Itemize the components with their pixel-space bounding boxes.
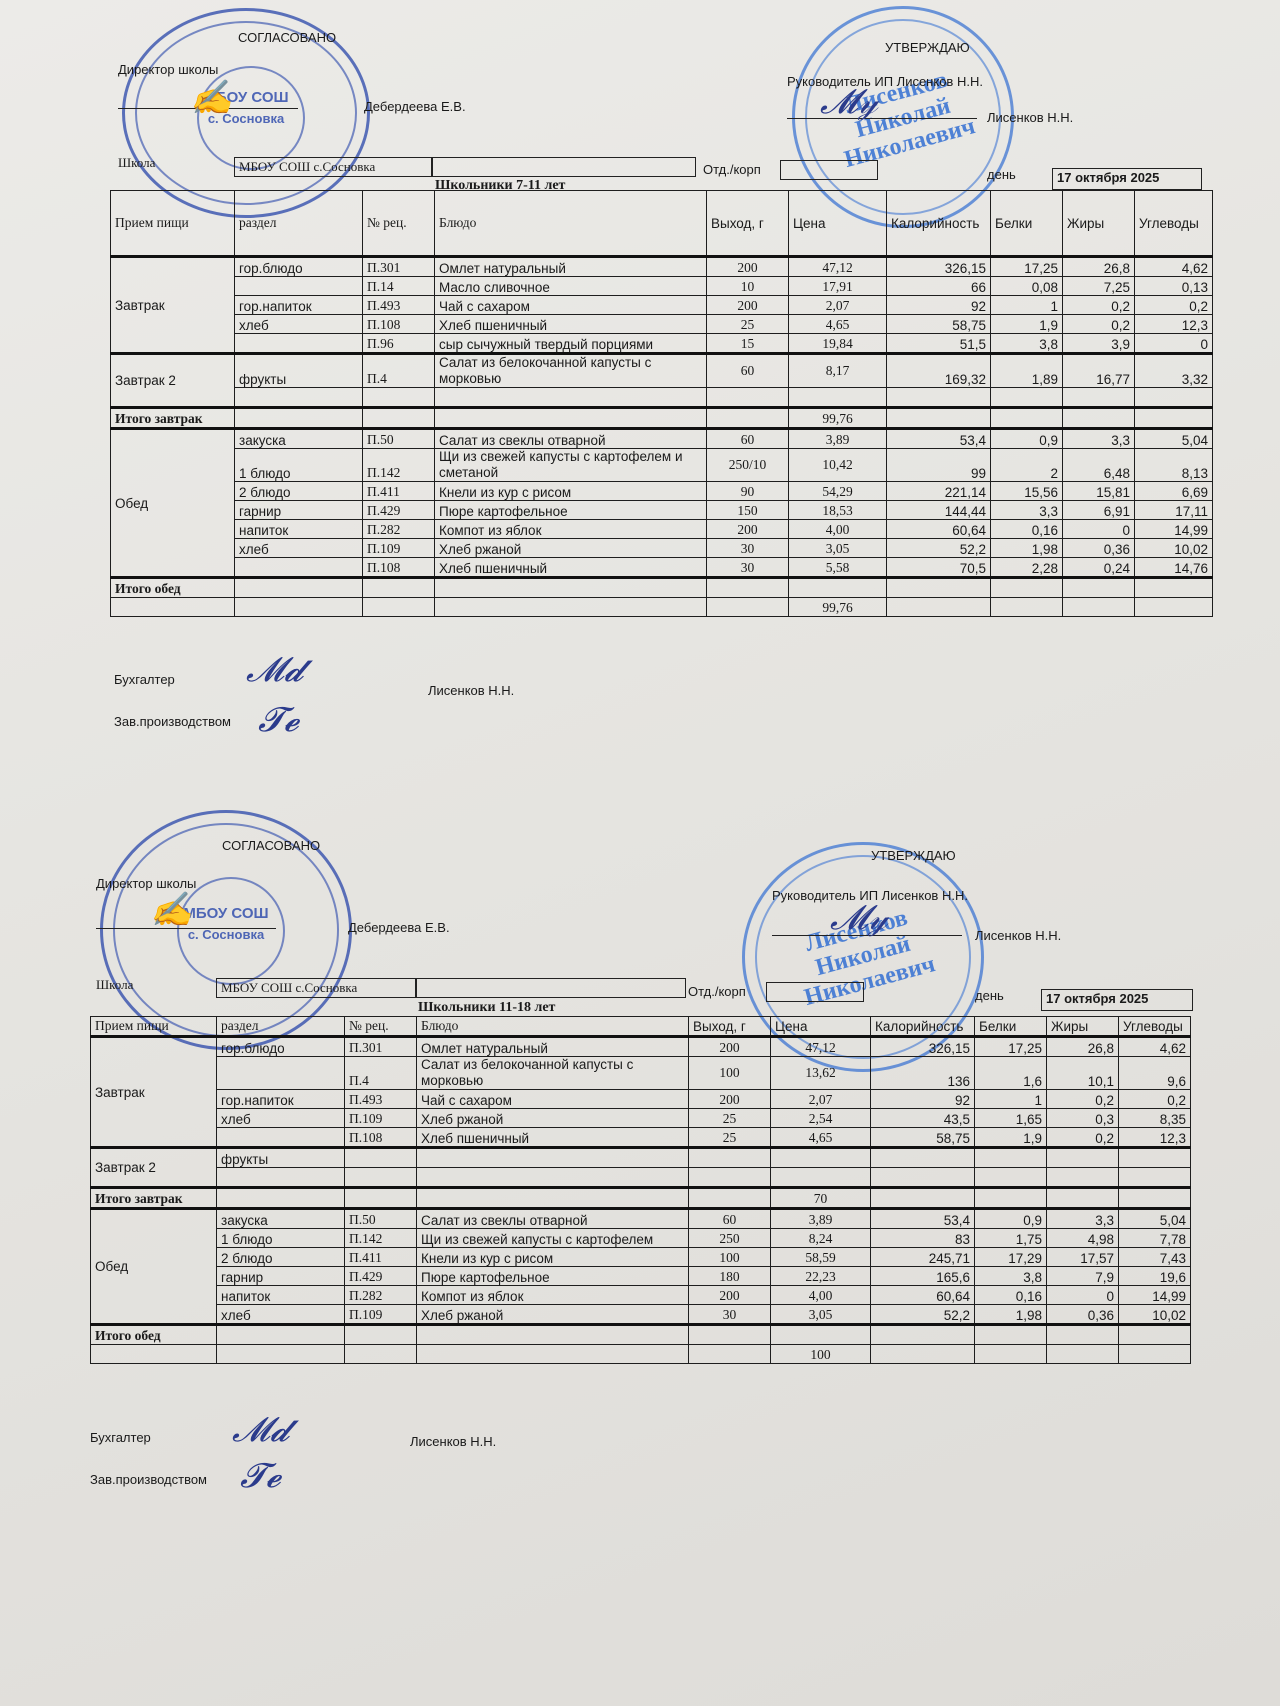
dish-cell: Хлеб пшеничный <box>435 558 707 578</box>
recipe-cell <box>345 1148 417 1168</box>
meal-cell: Завтрак <box>91 1037 217 1148</box>
empty-cell <box>707 598 789 617</box>
breakfast-total-row: Итого завтрак99,76 <box>111 408 1213 429</box>
breakfast-total-label: Итого завтрак <box>91 1188 217 1209</box>
column-header: № рец. <box>363 191 435 257</box>
yield-cell: 200 <box>707 520 789 539</box>
production-signature: 𝓣𝓮 <box>258 700 299 740</box>
lunch-total-label: Итого обед <box>111 578 235 598</box>
kcal-cell: 60,64 <box>871 1286 975 1305</box>
carbs-cell <box>1119 1148 1191 1168</box>
dish-cell: Масло сливочное <box>435 277 707 296</box>
protein-cell: 3,8 <box>991 334 1063 354</box>
fat-cell: 7,9 <box>1047 1267 1119 1286</box>
recipe-cell: П.4 <box>363 354 435 388</box>
column-header: Белки <box>975 1017 1047 1037</box>
dish-cell: сыр сычужный твердый порциями <box>435 334 707 354</box>
approval-left-title: СОГЛАСОВАНО <box>222 838 320 853</box>
protein-cell: 1 <box>991 296 1063 315</box>
fat-cell: 6,91 <box>1063 501 1135 520</box>
empty-cell <box>363 598 435 617</box>
column-header: Калорийность <box>871 1017 975 1037</box>
table-row: напитокП.282Компот из яблок2004,0060,640… <box>111 520 1213 539</box>
dish-cell: Хлеб пшеничный <box>417 1128 689 1148</box>
fat-cell: 0,36 <box>1047 1305 1119 1325</box>
section-cell: фрукты <box>235 354 363 388</box>
carbs-cell: 5,04 <box>1119 1209 1191 1229</box>
kcal-cell: 66 <box>887 277 991 296</box>
carbs-cell: 10,02 <box>1119 1305 1191 1325</box>
table-row: напитокП.282Компот из яблок2004,0060,640… <box>91 1286 1191 1305</box>
fat-cell: 0,2 <box>1047 1128 1119 1148</box>
approval-left-name: Дебердеева Е.В. <box>364 99 466 114</box>
protein-cell: 2 <box>991 449 1063 482</box>
empty-cell <box>363 578 435 598</box>
empty-cell <box>771 1325 871 1345</box>
school-label: Школа <box>118 155 155 171</box>
empty-cell <box>345 1325 417 1345</box>
section-cell <box>235 277 363 296</box>
protein-cell: 3,8 <box>975 1267 1047 1286</box>
kcal-cell: 99 <box>887 449 991 482</box>
approval-right-name: Лисенков Н.Н. <box>987 110 1073 125</box>
dept-field <box>780 160 878 180</box>
price-cell: 10,42 <box>789 449 887 482</box>
fat-cell: 0,36 <box>1063 539 1135 558</box>
yield-cell: 200 <box>689 1090 771 1109</box>
empty-cell <box>689 1345 771 1364</box>
protein-cell: 17,25 <box>991 257 1063 277</box>
kcal-cell <box>871 1168 975 1188</box>
section-cell: гор.блюдо <box>217 1037 345 1057</box>
protein-cell: 1,9 <box>991 315 1063 334</box>
price-cell: 2,07 <box>771 1090 871 1109</box>
fat-cell: 3,3 <box>1063 429 1135 449</box>
protein-cell: 0,9 <box>975 1209 1047 1229</box>
yield-cell: 90 <box>707 482 789 501</box>
carbs-cell: 5,04 <box>1135 429 1213 449</box>
empty-cell <box>345 1188 417 1209</box>
price-cell: 8,17 <box>789 354 887 388</box>
carbs-cell: 0,13 <box>1135 277 1213 296</box>
accountant-signature: 𝓜𝓭 <box>232 1410 290 1450</box>
kcal-cell: 53,4 <box>871 1209 975 1229</box>
carbs-cell: 12,3 <box>1135 315 1213 334</box>
empty-cell <box>1119 1325 1191 1345</box>
meal-cell: Завтрак 2 <box>91 1148 217 1188</box>
protein-cell: 15,56 <box>991 482 1063 501</box>
yield-cell: 30 <box>689 1305 771 1325</box>
table-row: П.14Масло сливочное1017,91660,087,250,13 <box>111 277 1213 296</box>
fat-cell: 17,57 <box>1047 1248 1119 1267</box>
production-label: Зав.производством <box>114 714 231 729</box>
protein-cell: 0,9 <box>991 429 1063 449</box>
meal-cell: Завтрак 2 <box>111 354 235 408</box>
empty-cell <box>91 1345 217 1364</box>
lunch-total-price: 100 <box>771 1345 871 1364</box>
yield-cell: 200 <box>707 296 789 315</box>
recipe-cell: П.50 <box>363 429 435 449</box>
empty-cell <box>417 1325 689 1345</box>
carbs-cell <box>1135 388 1213 408</box>
breakfast-total-label: Итого завтрак <box>111 408 235 429</box>
table-row: 1 блюдоП.142Щи из свежей капусты с карто… <box>111 449 1213 482</box>
empty-cell <box>871 1345 975 1364</box>
price-cell <box>789 388 887 408</box>
section-cell <box>235 558 363 578</box>
column-header: раздел <box>235 191 363 257</box>
fat-cell <box>1047 1148 1119 1168</box>
lunch-total-row: Итого обед <box>91 1325 1191 1345</box>
column-header: Блюдо <box>417 1017 689 1037</box>
recipe-cell: П.109 <box>363 539 435 558</box>
section-cell: гарнир <box>217 1267 345 1286</box>
kcal-cell: 43,5 <box>871 1109 975 1128</box>
table-row: 2 блюдоП.411Кнели из кур с рисом10058,59… <box>91 1248 1191 1267</box>
protein-cell: 1,98 <box>975 1305 1047 1325</box>
protein-cell: 3,3 <box>991 501 1063 520</box>
kcal-cell: 326,15 <box>871 1037 975 1057</box>
yield-cell <box>707 388 789 408</box>
recipe-cell: П.493 <box>345 1090 417 1109</box>
yield-cell: 200 <box>689 1037 771 1057</box>
table-row: ОбедзакускаП.50Салат из свеклы отварной6… <box>91 1209 1191 1229</box>
section-cell: напиток <box>235 520 363 539</box>
carbs-cell: 0,2 <box>1135 296 1213 315</box>
dish-cell: Пюре картофельное <box>435 501 707 520</box>
fat-cell: 0,3 <box>1047 1109 1119 1128</box>
empty-cell <box>887 408 991 429</box>
dept-field <box>766 982 864 1002</box>
yield-cell: 25 <box>689 1109 771 1128</box>
empty-cell <box>235 408 363 429</box>
dept-label: Отд./корп <box>703 162 761 177</box>
price-cell: 22,23 <box>771 1267 871 1286</box>
recipe-cell: П.142 <box>345 1229 417 1248</box>
carbs-cell: 14,99 <box>1119 1286 1191 1305</box>
yield-cell: 25 <box>707 315 789 334</box>
column-header: Выход, г <box>689 1017 771 1037</box>
kcal-cell: 70,5 <box>887 558 991 578</box>
kcal-cell: 53,4 <box>887 429 991 449</box>
protein-cell: 0,08 <box>991 277 1063 296</box>
protein-cell: 17,25 <box>975 1037 1047 1057</box>
protein-cell <box>975 1148 1047 1168</box>
kcal-cell: 221,14 <box>887 482 991 501</box>
protein-cell: 1,75 <box>975 1229 1047 1248</box>
empty-cell <box>1119 1345 1191 1364</box>
carbs-cell: 10,02 <box>1135 539 1213 558</box>
approval-left-title: СОГЛАСОВАНО <box>238 30 336 45</box>
kcal-cell: 52,2 <box>887 539 991 558</box>
kcal-cell: 58,75 <box>871 1128 975 1148</box>
school-field: МБОУ СОШ с.Сосновка <box>234 157 432 177</box>
section-cell: гор.напиток <box>235 296 363 315</box>
yield-cell: 150 <box>707 501 789 520</box>
price-cell: 4,00 <box>789 520 887 539</box>
empty-cell <box>111 598 235 617</box>
carbs-cell: 17,11 <box>1135 501 1213 520</box>
carbs-cell: 7,78 <box>1119 1229 1191 1248</box>
section-cell: гарнир <box>235 501 363 520</box>
menu-table: Прием пищираздел№ рец.БлюдоВыход, гЦенаК… <box>90 1016 1191 1364</box>
price-cell: 2,07 <box>789 296 887 315</box>
empty-cell <box>235 578 363 598</box>
empty-cell <box>975 1345 1047 1364</box>
carbs-cell: 8,13 <box>1135 449 1213 482</box>
table-row: хлебП.109Хлеб ржаной252,5443,51,650,38,3… <box>91 1109 1191 1128</box>
column-header: раздел <box>217 1017 345 1037</box>
approval-left-role: Директор школы <box>96 876 196 891</box>
empty-cell <box>435 578 707 598</box>
price-cell: 3,89 <box>771 1209 871 1229</box>
table-row: Завтракгор.блюдоП.301Омлет натуральный20… <box>111 257 1213 277</box>
empty-cell <box>707 578 789 598</box>
table-row: хлебП.109Хлеб ржаной303,0552,21,980,3610… <box>111 539 1213 558</box>
yield-cell: 10 <box>707 277 789 296</box>
approval-right-title: УТВЕРЖДАЮ <box>885 40 970 55</box>
section-cell: 2 блюдо <box>217 1248 345 1267</box>
yield-cell: 30 <box>707 558 789 578</box>
yield-cell: 25 <box>689 1128 771 1148</box>
price-cell: 17,91 <box>789 277 887 296</box>
recipe-cell: П.142 <box>363 449 435 482</box>
school-extra-field <box>432 157 696 177</box>
carbs-cell: 0 <box>1135 334 1213 354</box>
dish-cell: Пюре картофельное <box>417 1267 689 1286</box>
section-cell <box>217 1057 345 1090</box>
table-row: Завтрак 2фрукты <box>91 1148 1191 1168</box>
recipe-cell: П.282 <box>363 520 435 539</box>
section-cell: хлеб <box>217 1109 345 1128</box>
accountant-signature: 𝓜𝓭 <box>246 650 304 690</box>
dish-cell: Кнели из кур с рисом <box>435 482 707 501</box>
dish-cell: Компот из яблок <box>435 520 707 539</box>
lunch-total-label: Итого обед <box>91 1325 217 1345</box>
price-cell: 19,84 <box>789 334 887 354</box>
fat-cell: 26,8 <box>1047 1037 1119 1057</box>
approval-left-role: Директор школы <box>118 62 218 77</box>
section-cell: фрукты <box>217 1148 345 1168</box>
fat-cell: 4,98 <box>1047 1229 1119 1248</box>
fat-cell: 6,48 <box>1063 449 1135 482</box>
empty-cell <box>689 1188 771 1209</box>
price-cell: 13,62 <box>771 1057 871 1090</box>
empty-cell <box>435 408 707 429</box>
empty-cell <box>871 1188 975 1209</box>
price-cell: 3,05 <box>771 1305 871 1325</box>
carbs-cell: 12,3 <box>1119 1128 1191 1148</box>
dish-cell: Щи из свежей капусты с картофелем и смет… <box>435 449 707 482</box>
dish-cell: Хлеб ржаной <box>417 1109 689 1128</box>
meal-cell: Обед <box>111 429 235 578</box>
day-label: день <box>987 167 1016 182</box>
protein-cell: 2,28 <box>991 558 1063 578</box>
price-cell <box>771 1148 871 1168</box>
section-cell: 1 блюдо <box>217 1229 345 1248</box>
kcal-cell <box>871 1148 975 1168</box>
yield-cell <box>689 1168 771 1188</box>
kcal-cell: 60,64 <box>887 520 991 539</box>
empty-cell <box>235 598 363 617</box>
kcal-cell: 245,71 <box>871 1248 975 1267</box>
table-row: П.4Салат из белокочанной капусты с морко… <box>91 1057 1191 1090</box>
fat-cell: 0,2 <box>1063 296 1135 315</box>
carbs-cell: 19,6 <box>1119 1267 1191 1286</box>
column-header: Углеводы <box>1135 191 1213 257</box>
section-cell <box>217 1168 345 1188</box>
kcal-cell: 165,6 <box>871 1267 975 1286</box>
carbs-cell: 7,43 <box>1119 1248 1191 1267</box>
director-signature: ✍ <box>190 78 232 118</box>
empty-cell <box>435 598 707 617</box>
kcal-cell: 169,32 <box>887 354 991 388</box>
dept-label: Отд./корп <box>688 984 746 999</box>
dish-cell: Салат из свеклы отварной <box>435 429 707 449</box>
empty-cell <box>217 1325 345 1345</box>
protein-cell: 0,16 <box>975 1286 1047 1305</box>
recipe-cell: П.4 <box>345 1057 417 1090</box>
section-cell: напиток <box>217 1286 345 1305</box>
school-stamp-line2: с. Сосновка <box>103 927 349 942</box>
dish-cell: Чай с сахаром <box>417 1090 689 1109</box>
protein-cell: 1 <box>975 1090 1047 1109</box>
dish-cell: Омлет натуральный <box>435 257 707 277</box>
protein-cell: 1,9 <box>975 1128 1047 1148</box>
price-cell: 4,65 <box>771 1128 871 1148</box>
price-cell: 3,05 <box>789 539 887 558</box>
dish-cell: Компот из яблок <box>417 1286 689 1305</box>
lunch-total-row: Итого обед <box>111 578 1213 598</box>
protein-cell: 1,65 <box>975 1109 1047 1128</box>
column-header: Прием пищи <box>91 1017 217 1037</box>
accountant-name: Лисенков Н.Н. <box>410 1434 496 1449</box>
table-row: 1 блюдоП.142Щи из свежей капусты с карто… <box>91 1229 1191 1248</box>
recipe-cell: П.429 <box>363 501 435 520</box>
empty-cell <box>887 578 991 598</box>
fat-cell: 3,9 <box>1063 334 1135 354</box>
fat-cell <box>1047 1168 1119 1188</box>
dish-cell: Щи из свежей капусты с картофелем <box>417 1229 689 1248</box>
school-stamp-line1: МБОУ СОШ <box>103 905 349 922</box>
price-cell: 4,65 <box>789 315 887 334</box>
section-cell: закуска <box>217 1209 345 1229</box>
protein-cell: 17,29 <box>975 1248 1047 1267</box>
protein-cell <box>975 1168 1047 1188</box>
recipe-cell: П.96 <box>363 334 435 354</box>
recipe-cell: П.109 <box>345 1109 417 1128</box>
accountant-label: Бухгалтер <box>114 672 175 687</box>
table-row: 2 блюдоП.411Кнели из кур с рисом9054,292… <box>111 482 1213 501</box>
column-header: Прием пищи <box>111 191 235 257</box>
table-row: ОбедзакускаП.50Салат из свеклы отварной6… <box>111 429 1213 449</box>
approval-right-role: Руководитель ИП Лисенков Н.Н. <box>787 74 983 89</box>
kcal-cell: 52,2 <box>871 1305 975 1325</box>
protein-cell: 1,89 <box>991 354 1063 388</box>
price-cell: 2,54 <box>771 1109 871 1128</box>
lunch-total-price: 99,76 <box>789 598 887 617</box>
head-signature: 𝓜𝓎 <box>820 82 878 122</box>
carbs-cell: 8,35 <box>1119 1109 1191 1128</box>
table-row: Завтракгор.блюдоП.301Омлет натуральный20… <box>91 1037 1191 1057</box>
recipe-cell: П.411 <box>345 1248 417 1267</box>
empty-cell <box>1047 1325 1119 1345</box>
menu-table: Прием пищираздел№ рец.БлюдоВыход, гЦенаК… <box>110 190 1213 617</box>
empty-cell <box>363 408 435 429</box>
lunch-total-price-row: 100 <box>91 1345 1191 1364</box>
section-cell <box>235 334 363 354</box>
table-row: гарнирП.429Пюре картофельное18022,23165,… <box>91 1267 1191 1286</box>
empty-cell <box>689 1325 771 1345</box>
date-field: 17 октября 2025 <box>1041 989 1193 1011</box>
empty-cell <box>871 1325 975 1345</box>
school-label: Школа <box>96 977 133 993</box>
date-field: 17 октября 2025 <box>1052 168 1202 190</box>
section-cell: гор.блюдо <box>235 257 363 277</box>
fat-cell: 15,81 <box>1063 482 1135 501</box>
fat-cell: 3,3 <box>1047 1209 1119 1229</box>
price-cell <box>771 1168 871 1188</box>
fat-cell: 0 <box>1063 520 1135 539</box>
yield-cell: 15 <box>707 334 789 354</box>
table-row <box>111 388 1213 408</box>
section-cell <box>235 388 363 408</box>
yield-cell: 30 <box>707 539 789 558</box>
recipe-cell: П.411 <box>363 482 435 501</box>
recipe-cell: П.14 <box>363 277 435 296</box>
carbs-cell: 0,2 <box>1119 1090 1191 1109</box>
table-header: Прием пищираздел№ рец.БлюдоВыход, гЦенаК… <box>91 1017 1191 1037</box>
protein-cell <box>991 388 1063 408</box>
fat-cell: 7,25 <box>1063 277 1135 296</box>
kcal-cell: 144,44 <box>887 501 991 520</box>
carbs-cell: 14,76 <box>1135 558 1213 578</box>
price-cell: 8,24 <box>771 1229 871 1248</box>
signature-line-head <box>787 118 977 119</box>
kcal-cell: 58,75 <box>887 315 991 334</box>
recipe-cell: П.108 <box>363 558 435 578</box>
kcal-cell: 51,5 <box>887 334 991 354</box>
column-header: Белки <box>991 191 1063 257</box>
yield-cell: 200 <box>707 257 789 277</box>
dish-cell <box>417 1168 689 1188</box>
recipe-cell <box>363 388 435 408</box>
carbs-cell: 4,62 <box>1119 1037 1191 1057</box>
carbs-cell: 6,69 <box>1135 482 1213 501</box>
price-cell: 58,59 <box>771 1248 871 1267</box>
yield-cell: 60 <box>689 1209 771 1229</box>
breakfast-total-row: Итого завтрак70 <box>91 1188 1191 1209</box>
fat-cell: 0,24 <box>1063 558 1135 578</box>
school-stamp-line1: МБОУ СОШ <box>125 89 367 106</box>
dish-cell: Хлеб ржаной <box>435 539 707 558</box>
table-row <box>91 1168 1191 1188</box>
table-header: Прием пищираздел№ рец.БлюдоВыход, гЦенаК… <box>111 191 1213 257</box>
dish-cell: Салат из белокочанной капусты с морковью <box>435 354 707 388</box>
recipe-cell: П.109 <box>345 1305 417 1325</box>
recipe-cell: П.429 <box>345 1267 417 1286</box>
price-cell: 54,29 <box>789 482 887 501</box>
approval-left-name: Дебердеева Е.В. <box>348 920 450 935</box>
empty-cell <box>975 1188 1047 1209</box>
fat-cell: 0,2 <box>1047 1090 1119 1109</box>
lunch-total-price-row: 99,76 <box>111 598 1213 617</box>
dish-cell: Кнели из кур с рисом <box>417 1248 689 1267</box>
empty-cell <box>991 598 1063 617</box>
director-signature: ✍ <box>150 890 192 930</box>
protein-cell: 0,16 <box>991 520 1063 539</box>
empty-cell <box>789 578 887 598</box>
